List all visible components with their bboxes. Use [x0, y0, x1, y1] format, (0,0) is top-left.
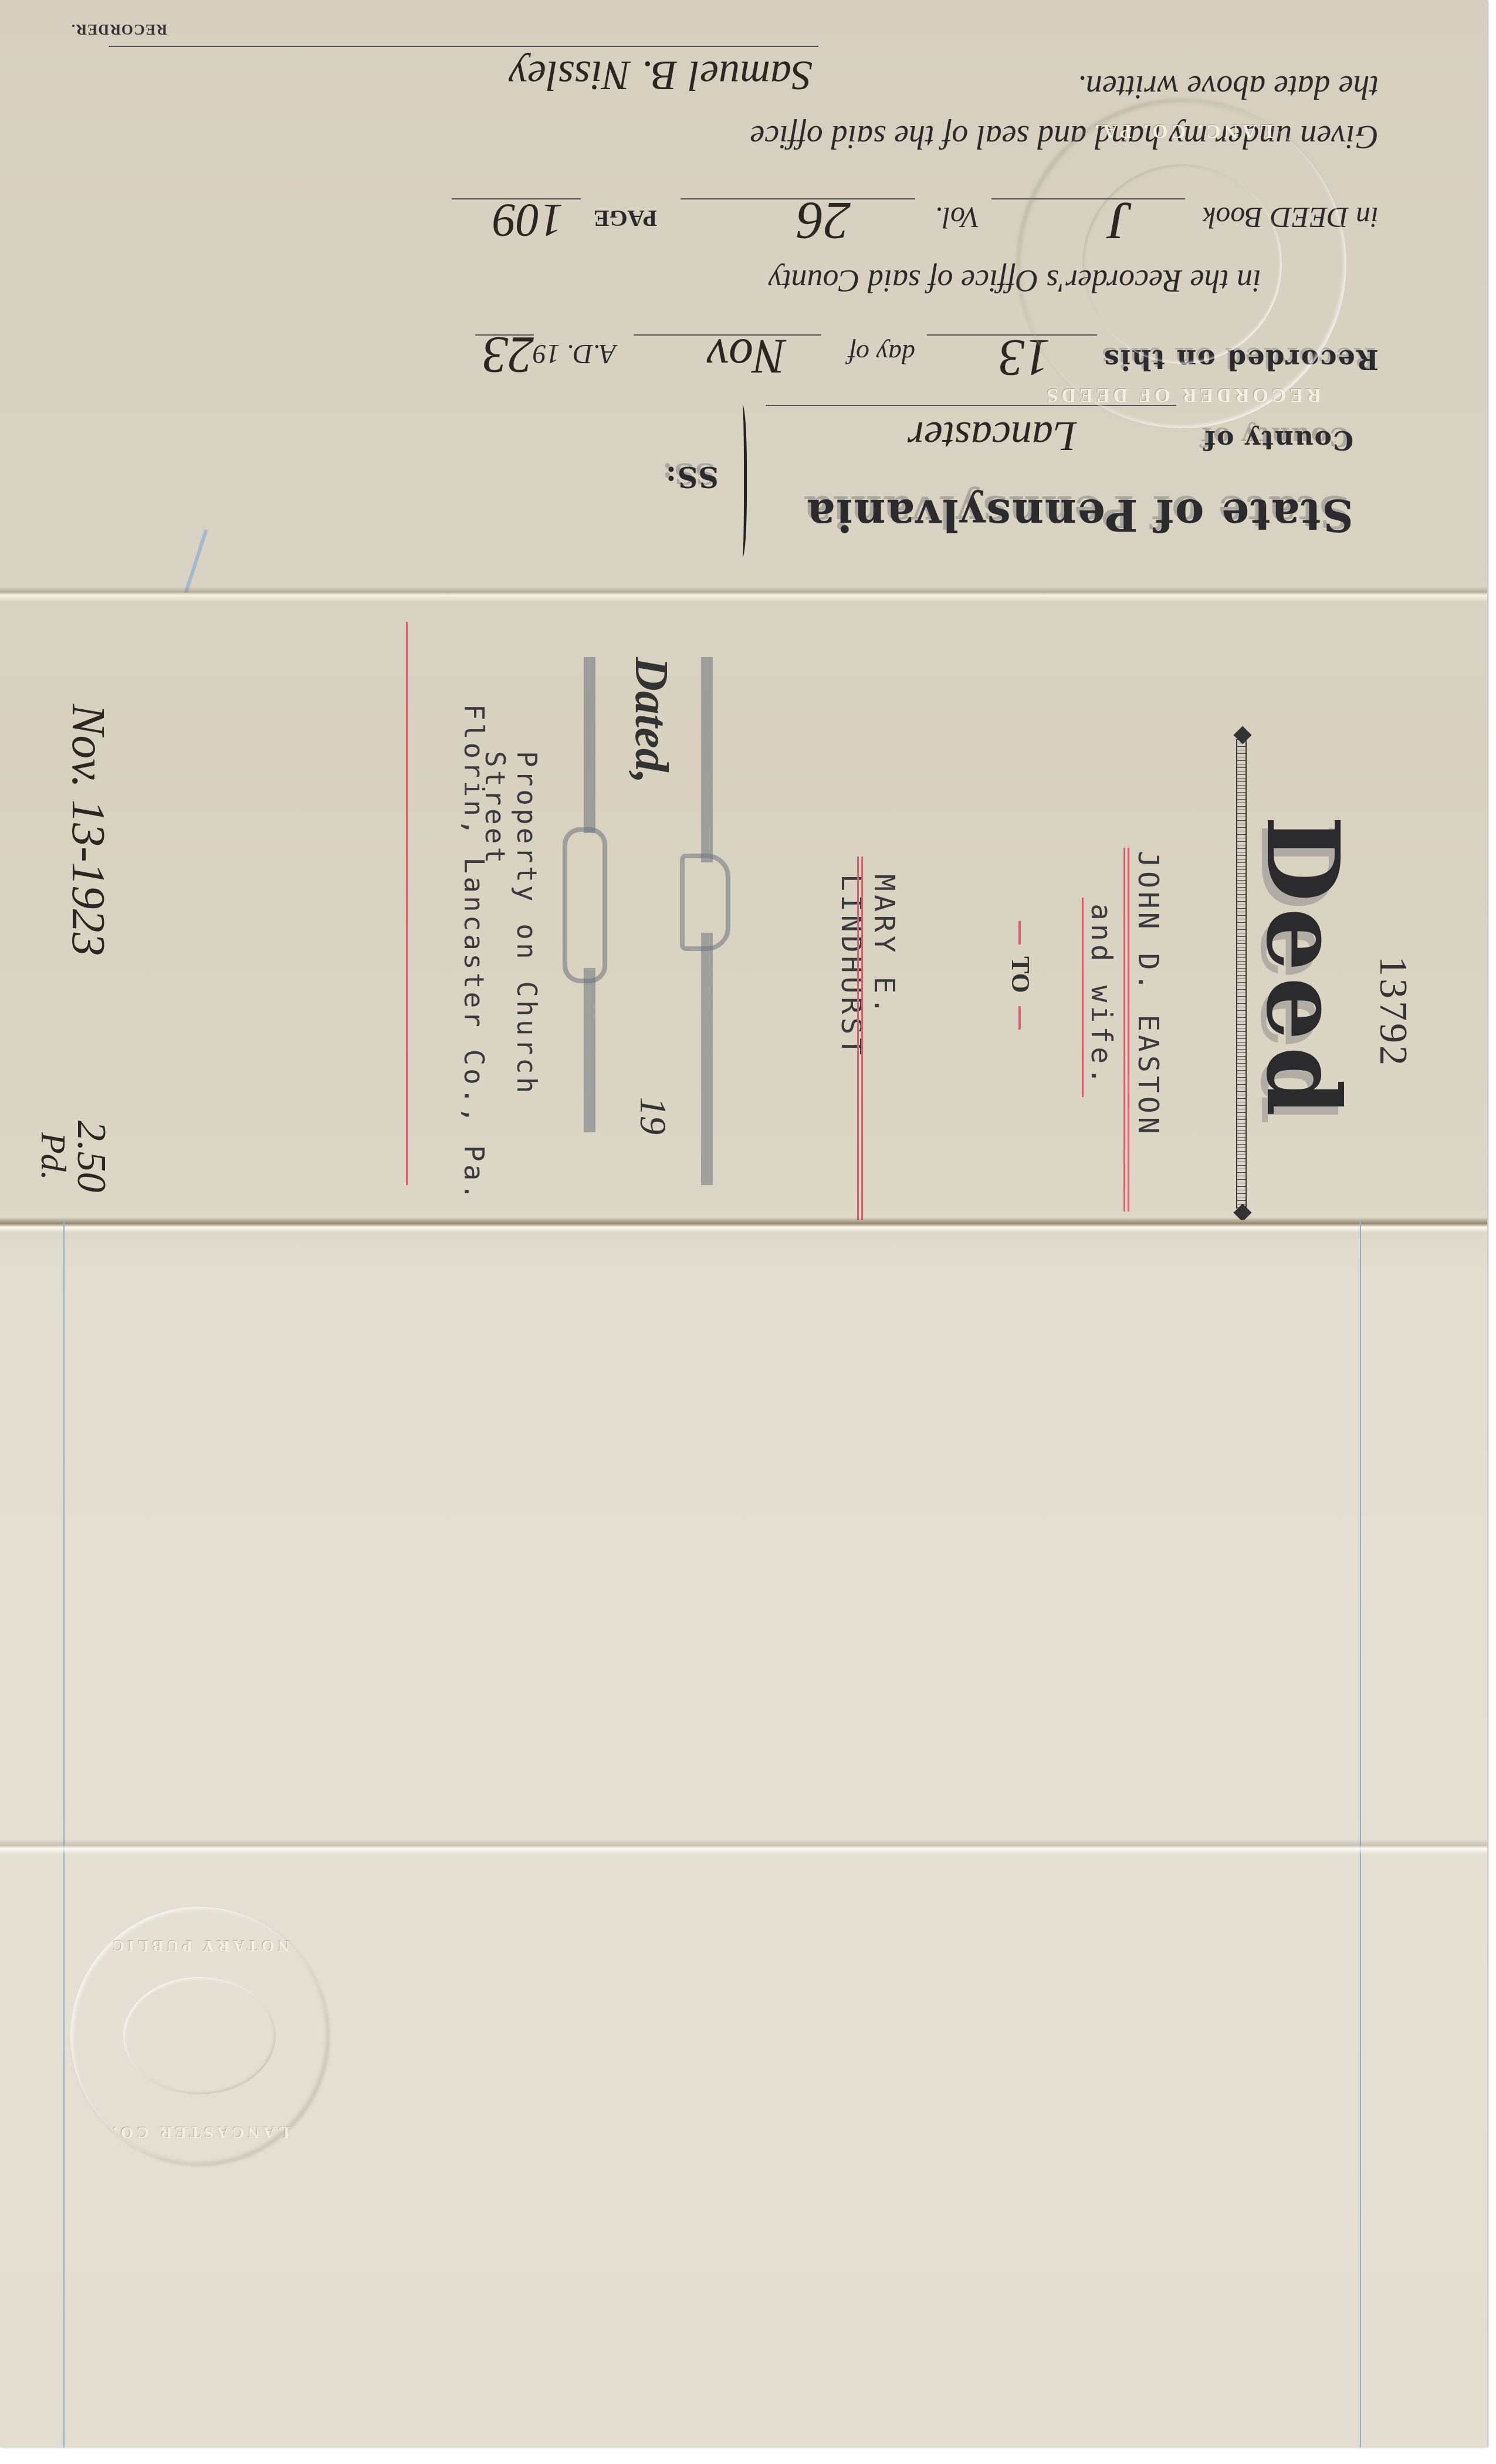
grantee-underline-2: [857, 857, 859, 1220]
grantor-underline: [1128, 848, 1129, 1211]
recorder-seal-text-top: RECORDER OF DEEDS: [1018, 384, 1346, 406]
page-label: PAGE: [594, 205, 657, 232]
recorder-seal: RECORDER OF DEEDS LANC. CO. PA.: [1018, 100, 1346, 428]
margin-note-date: Nov. 13-1923: [61, 704, 114, 956]
to-dash-left: [1018, 921, 1021, 945]
year-rule: [475, 334, 534, 336]
dated-bar-top-right: [701, 933, 713, 1185]
fold-line-3: [0, 1839, 1487, 1854]
blue-margin-left: [63, 1220, 65, 2448]
recorded-month: Nov: [707, 327, 786, 384]
deed-cover-panel: Deed 13792 JOHN D. EASTON and wife. TO M…: [0, 593, 1487, 1220]
brace-divider: [736, 405, 747, 557]
county-value: Lancaster: [908, 412, 1077, 461]
page-rule: [452, 198, 581, 199]
given-line-2: the date above written.: [1078, 68, 1379, 106]
day-of-label: day of: [848, 339, 915, 370]
property-line-2: Florin, Lancaster Co., Pa.: [458, 704, 490, 1203]
grantee-name: MARY E. LINDHURST: [835, 874, 901, 1220]
margin-note-paid: Pd.: [33, 1132, 73, 1180]
page-value: 109: [493, 193, 563, 246]
recorder-certificate-panel: State of Pennsylvania SS: County of Lanc…: [0, 0, 1487, 593]
and-wife-underline: [1082, 898, 1084, 1097]
state-heading: State of Pennsylvania: [806, 489, 1353, 540]
grantee-underline: [861, 857, 863, 1220]
dated-bar-bottom-left: [584, 657, 595, 833]
ornament-flourish-top: [680, 854, 730, 951]
signature-rule: [109, 46, 818, 47]
recorder-signature: Samuel B. Nissley: [509, 51, 813, 100]
notary-seal-inner: [123, 1977, 276, 2094]
county-label: County of: [1203, 425, 1353, 455]
ad-label: A.D. 19: [533, 339, 616, 370]
deed-cover-rotated: Deed 13792 JOHN D. EASTON and wife. TO M…: [0, 593, 1487, 1220]
dated-bar-top: [701, 657, 713, 862]
deed-sheet: State of Pennsylvania SS: County of Lanc…: [0, 0, 1487, 2448]
grantor-name: JOHN D. EASTON: [1132, 851, 1165, 1138]
grantor-and-wife: and wife.: [1085, 903, 1118, 1088]
ornament-flourish-bottom: [563, 827, 607, 983]
vol-rule: [681, 198, 915, 199]
notary-seal: NOTARY PUBLIC LANCASTER CO.: [70, 1907, 329, 2165]
recorder-label: RECORDER.: [71, 21, 167, 38]
blue-margin-right: [1360, 1220, 1361, 2448]
blank-page-panel: NOTARY PUBLIC LANCASTER CO.: [0, 1220, 1487, 2448]
dated-year-prefix: 19: [631, 1097, 675, 1135]
deed-title: Deed: [1244, 815, 1361, 1122]
recorder-certificate-rotated: State of Pennsylvania SS: County of Lanc…: [0, 0, 1487, 593]
notary-seal-text-top: NOTARY PUBLIC: [70, 1936, 329, 1955]
margin-note-fee: 2.50: [67, 1121, 114, 1193]
dated-bar-bottom-right: [584, 968, 595, 1132]
to-dash-right: [1018, 1006, 1021, 1030]
grantor-underline-2: [1123, 848, 1125, 1211]
to-label: TO: [1006, 956, 1035, 993]
red-margin-line: [406, 622, 408, 1185]
month-rule: [634, 334, 821, 336]
recorder-seal-inner: [1082, 164, 1282, 364]
recorder-seal-text-bottom: LANC. CO. PA.: [1018, 120, 1346, 142]
vol-label: Vol.: [935, 201, 980, 235]
ss-mark: SS:: [665, 460, 719, 493]
notary-seal-text-bottom: LANCASTER CO.: [70, 2123, 329, 2141]
dated-label: Dated,: [624, 657, 678, 784]
deed-number: 13792: [1370, 956, 1417, 1068]
